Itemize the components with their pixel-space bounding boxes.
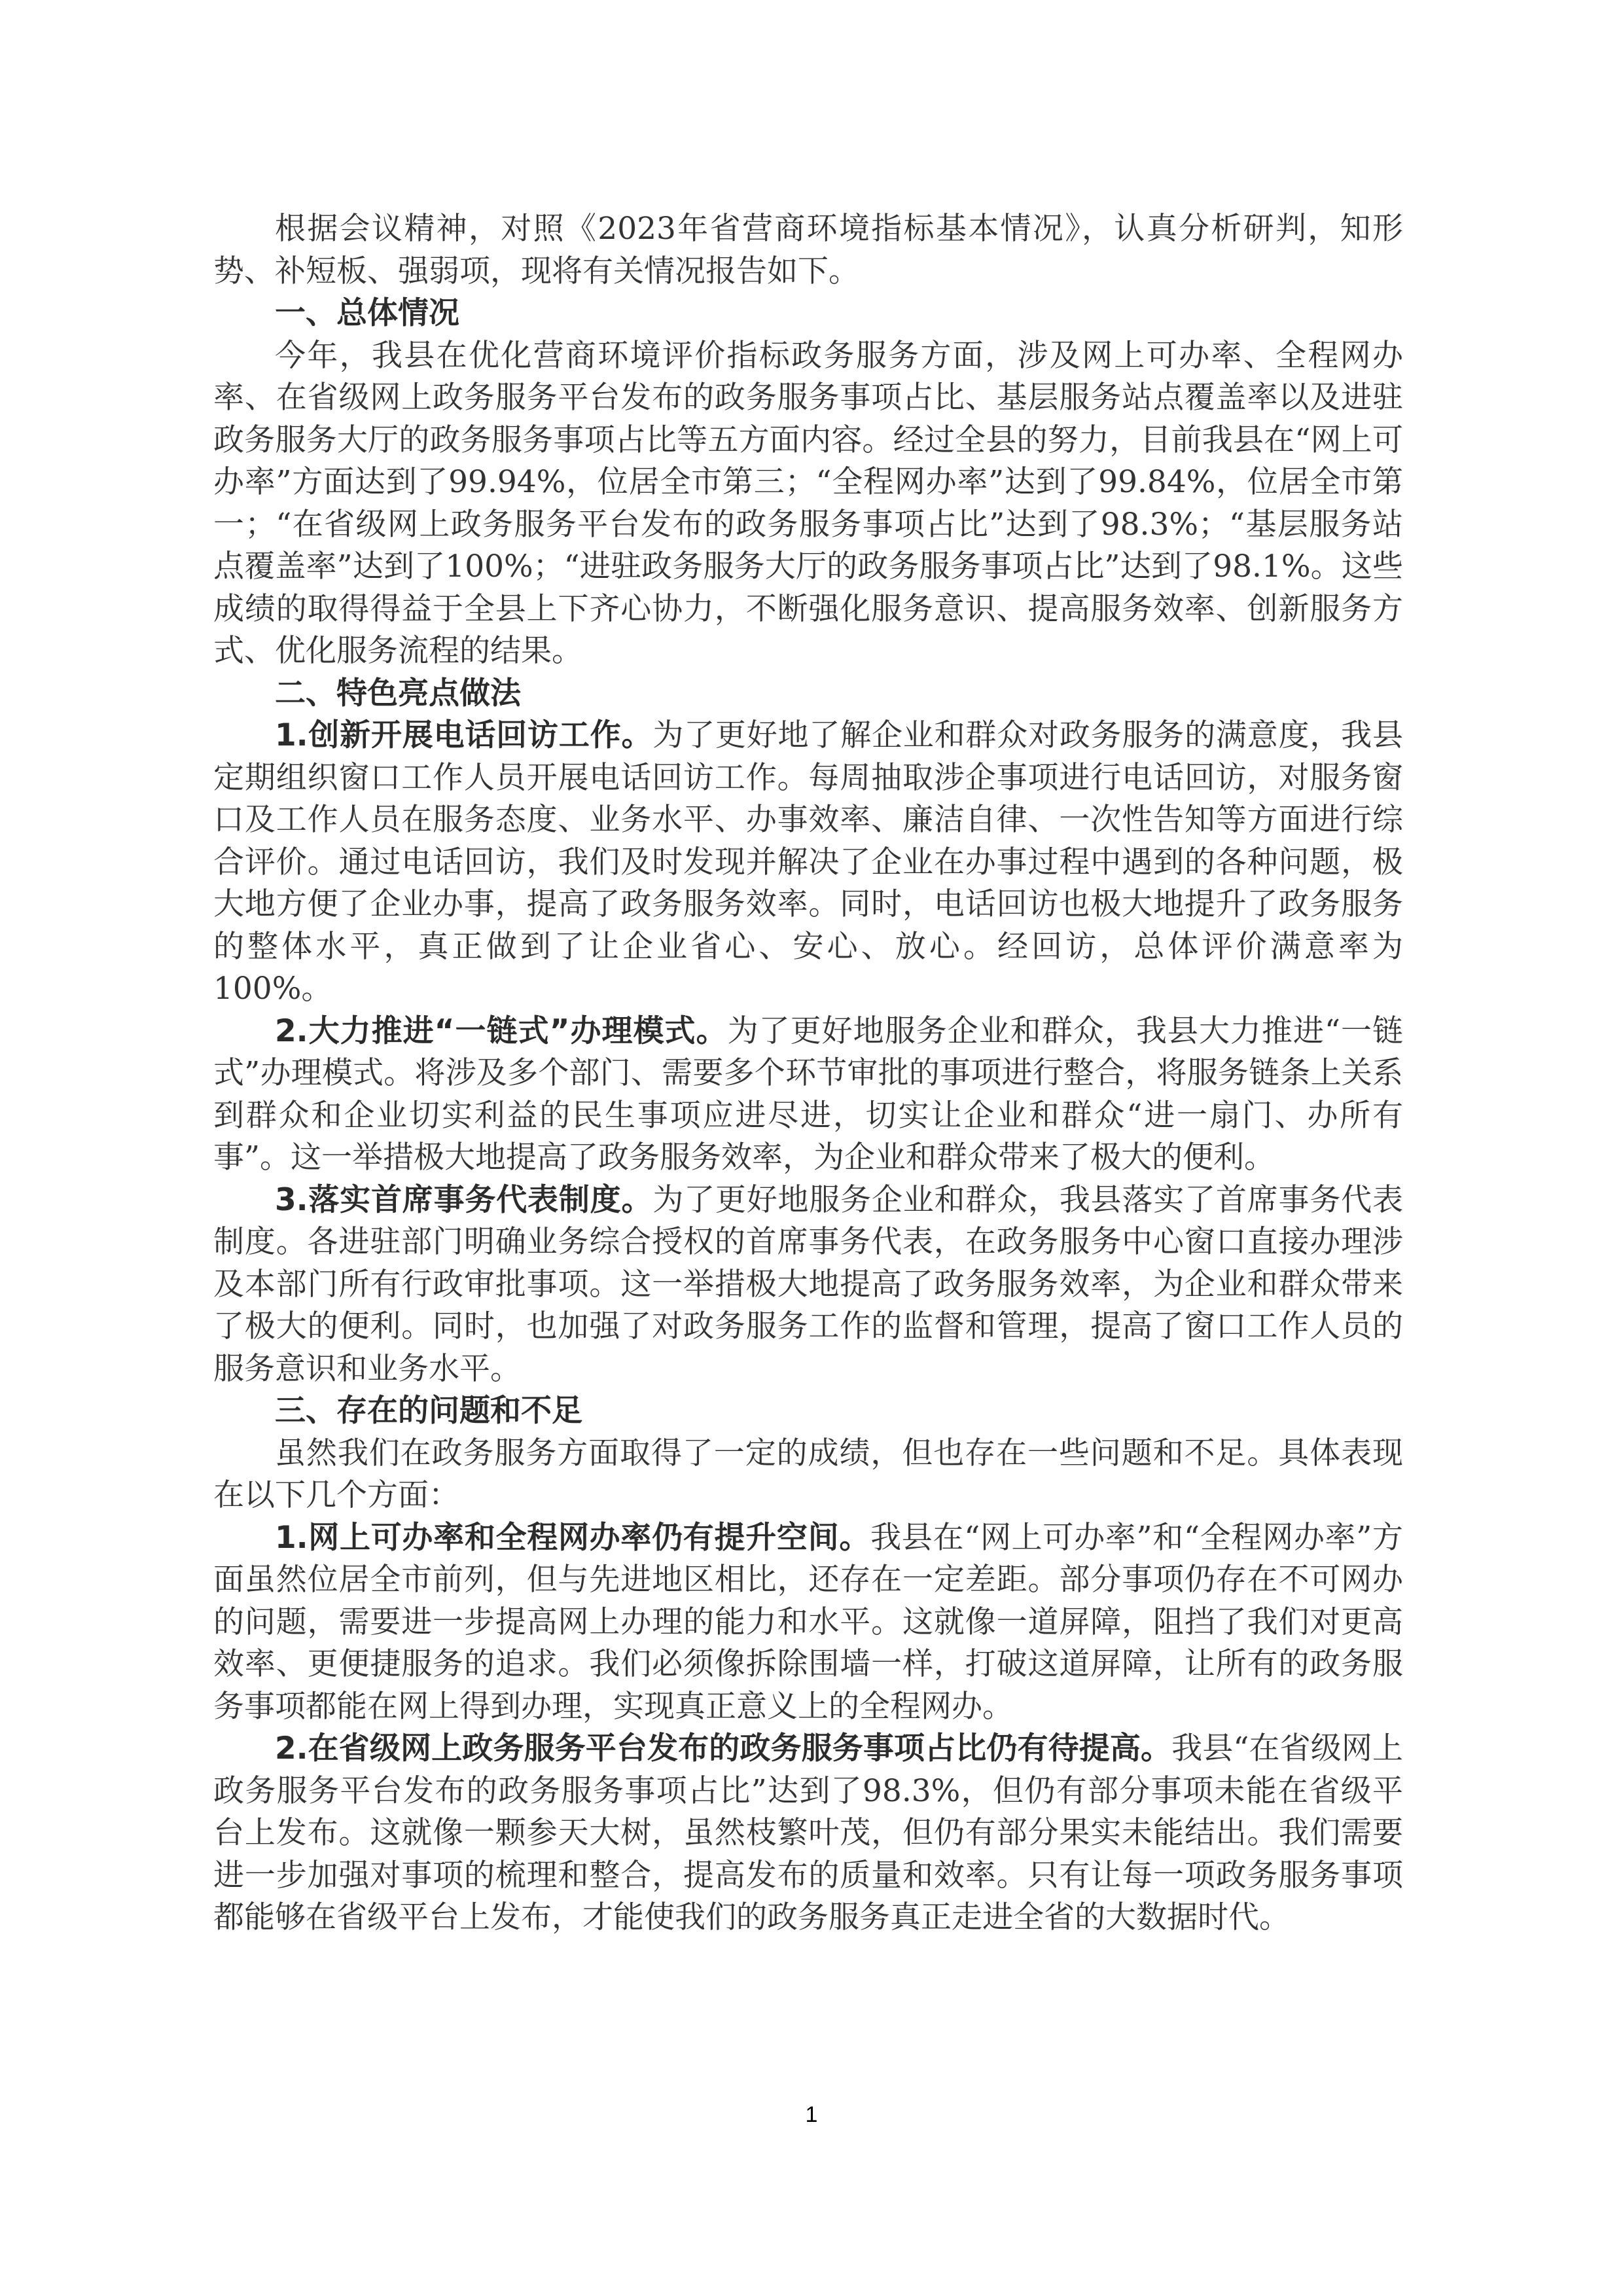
paragraph-lead: 2.在省级网上政务服务平台发布的政务服务事项占比仍有待提高。 [275, 1731, 1171, 1767]
paragraph-lead: 2.大力推进“一链式”办理模式。 [275, 1013, 728, 1049]
section-heading-highlights: 二、特色亮点做法 [213, 673, 1403, 715]
highlight-paragraph-1: 1.创新开展电话回访工作。为了更好地了解企业和群众对政务服务的满意度，我县定期组… [213, 715, 1403, 1011]
highlight-paragraph-2: 2.大力推进“一链式”办理模式。为了更好地服务企业和群众，我县大力推进“一链式”… [213, 1011, 1403, 1179]
paragraph-lead: 1.网上可办率和全程网办率仍有提升空间。 [275, 1520, 870, 1556]
intro-paragraph: 根据会议精神，对照《2023年省营商环境指标基本情况》，认真分析研判，知形势、补… [213, 208, 1403, 293]
paragraph-lead: 3.落实首席事务代表制度。 [275, 1182, 652, 1218]
overview-paragraph: 今年，我县在优化营商环境评价指标政务服务方面，涉及网上可办率、全程网办率、在省级… [213, 335, 1403, 673]
page-number: 1 [0, 2102, 1623, 2128]
problem-paragraph-1: 1.网上可办率和全程网办率仍有提升空间。我县在“网上可办率”和“全程网办率”方面… [213, 1517, 1403, 1729]
paragraph-text: 为了更好地了解企业和群众对政务服务的满意度，我县定期组织窗口工作人员开展电话回访… [213, 717, 1403, 1007]
paragraph-lead: 1.创新开展电话回访工作。 [275, 717, 652, 753]
section-heading-overview: 一、总体情况 [213, 293, 1403, 335]
highlight-paragraph-3: 3.落实首席事务代表制度。为了更好地服务企业和群众，我县落实了首席事务代表制度。… [213, 1179, 1403, 1391]
paragraph-text: 虽然我们在政务服务方面取得了一定的成绩，但也存在一些问题和不足。具体表现在以下几… [213, 1435, 1403, 1514]
document-page: 根据会议精神，对照《2023年省营商环境指标基本情况》，认真分析研判，知形势、补… [213, 208, 1403, 1939]
problem-paragraph-2: 2.在省级网上政务服务平台发布的政务服务事项占比仍有待提高。我县“在省级网上政务… [213, 1728, 1403, 1939]
section-heading-problems: 三、存在的问题和不足 [213, 1390, 1403, 1433]
problems-intro-paragraph: 虽然我们在政务服务方面取得了一定的成绩，但也存在一些问题和不足。具体表现在以下几… [213, 1433, 1403, 1517]
paragraph-text: 今年，我县在优化营商环境评价指标政务服务方面，涉及网上可办率、全程网办率、在省级… [213, 338, 1403, 670]
